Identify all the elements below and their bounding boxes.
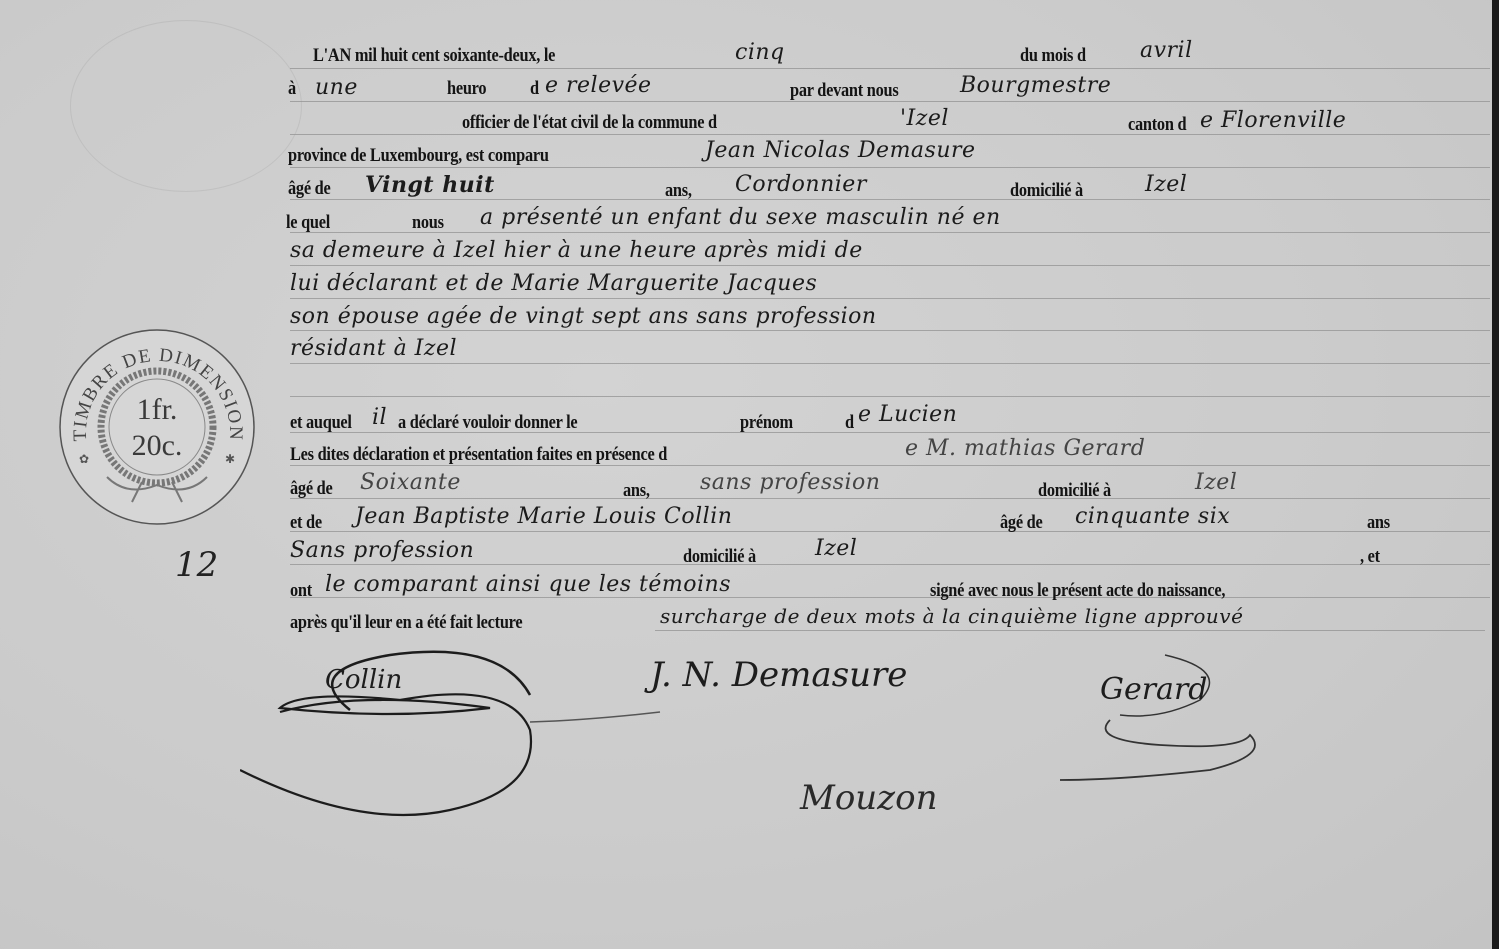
printed-domicile: domicilié à [1010,180,1083,202]
printed-lequel: le quel [286,212,330,234]
ruled-line [290,330,1490,331]
hw-witness2: Jean Baptiste Marie Louis Collin [355,504,732,529]
hw-witness2-age: cinquante six [1075,504,1230,529]
hw-body-line1: a présenté un enfant du sexe masculin né… [480,205,1001,230]
hw-body-line4: son épouse agée de vingt sept ans sans p… [290,304,877,329]
ruled-line [290,498,1490,499]
hw-canton: e Florenville [1200,108,1346,133]
hw-declarant-age: Vingt huit [365,172,495,198]
printed-declared: a déclaré vouloir donner le [398,412,577,434]
svg-text:✱: ✱ [225,452,235,466]
ruled-line [655,630,1485,631]
printed-officer-text: officier de l'état civil de la commune d [462,112,717,134]
printed-ont: ont [290,580,312,602]
printed-domicile-3: domicilié à [683,546,756,568]
printed-before-us: par devant nous [790,80,898,102]
printed-d: d [530,78,539,100]
hw-hour: une [315,75,358,100]
hw-witness1-domicile: Izel [1195,470,1237,495]
ruled-line [290,265,1490,266]
hw-witness1-age: Soixante [360,470,461,495]
hw-period: e relevée [545,73,652,98]
hw-witness1-profession: sans profession [700,470,880,495]
hw-witness2-domicile: Izel [815,536,857,561]
printed-et: , et [1360,546,1380,568]
printed-ans-3: ans [1367,512,1390,534]
signature-collin: Collin [325,665,402,695]
hw-domicile: Izel [1145,172,1187,197]
ruled-line [290,363,1490,364]
ruled-line [290,564,1490,565]
printed-age-label-3: âgé de [1000,512,1042,534]
printed-reading-text: après qu'il leur en a été fait lecture [290,612,522,634]
printed-domicile-2: domicilié à [1038,480,1111,502]
signature-demasure: J. N. Demasure [650,655,907,695]
ruled-line [290,531,1490,532]
hw-witness2-profession: Sans profession [290,538,474,563]
hw-body-line3: lui déclarant et de Marie Marguerite Jac… [290,271,817,296]
signature-mouzon: Mouzon [800,778,937,818]
printed-d2: d [845,412,854,434]
ruled-line [290,167,1490,168]
hw-body-line5: résidant à Izel [290,336,457,361]
faded-stamp-impression [70,20,302,192]
printed-ans-2: ans, [623,480,650,502]
printed-et-de: et de [290,512,322,534]
ruled-line [290,68,1490,69]
ruled-line [290,232,1490,233]
hw-month: avril [1140,38,1193,63]
signature-gerard: Gerard [1100,672,1208,707]
hw-commune: 'Izel [900,106,949,131]
stamp-seal-icon: TIMBRE DE DIMENSION 1fr. 20c. ✿ ✱ [57,327,257,527]
printed-signed-text: signé avec nous le présent acte do naiss… [930,580,1225,602]
hw-profession: Cordonnier [735,172,867,197]
hw-day: cinq [735,40,785,65]
printed-canton: canton d [1128,114,1186,136]
printed-witness-intro: Les dites déclaration et présentation fa… [290,444,667,466]
ruled-line [290,597,1490,598]
printed-province: province de Luxembourg, est comparu [288,145,549,167]
printed-year-text: L'AN mil huit cent soixante-deux, le [313,45,555,67]
hw-body-line2: sa demeure à Izel hier à une heure après… [290,238,863,263]
ruled-line [290,199,1490,200]
hw-declared-by: il [372,405,387,430]
page-edge [1492,0,1499,949]
hw-witness1: e M. mathias Gerard [905,436,1145,461]
hw-declarant: Jean Nicolas Demasure [705,138,976,163]
ruled-line [290,298,1490,299]
hw-correction-note: surcharge de deux mots à la cinquième li… [660,604,1243,628]
stamp-value-centimes: 20c. [132,429,183,462]
printed-et-auquel: et auquel [290,412,352,434]
stamp-value-francs: 1fr. [137,393,178,426]
printed-age-label: âgé de [288,178,330,200]
hw-officer: Bourgmestre [960,73,1111,98]
record-number: 12 [175,545,218,585]
printed-hour-label: heuro [447,78,486,100]
printed-age-label-2: âgé de [290,478,332,500]
printed-prenom: prénom [740,412,793,434]
printed-month-label: du mois d [1020,45,1086,67]
svg-text:✿: ✿ [79,452,89,466]
printed-ans: ans, [665,180,692,202]
hw-signers: le comparant ainsi que les témoins [325,572,731,597]
ruled-line [290,396,1490,397]
hw-first-name: e Lucien [858,402,957,427]
printed-a: à [288,78,296,100]
tax-stamp: TIMBRE DE DIMENSION 1fr. 20c. ✿ ✱ [57,327,257,527]
printed-nous: nous [412,212,444,234]
ruled-line [290,134,1490,135]
